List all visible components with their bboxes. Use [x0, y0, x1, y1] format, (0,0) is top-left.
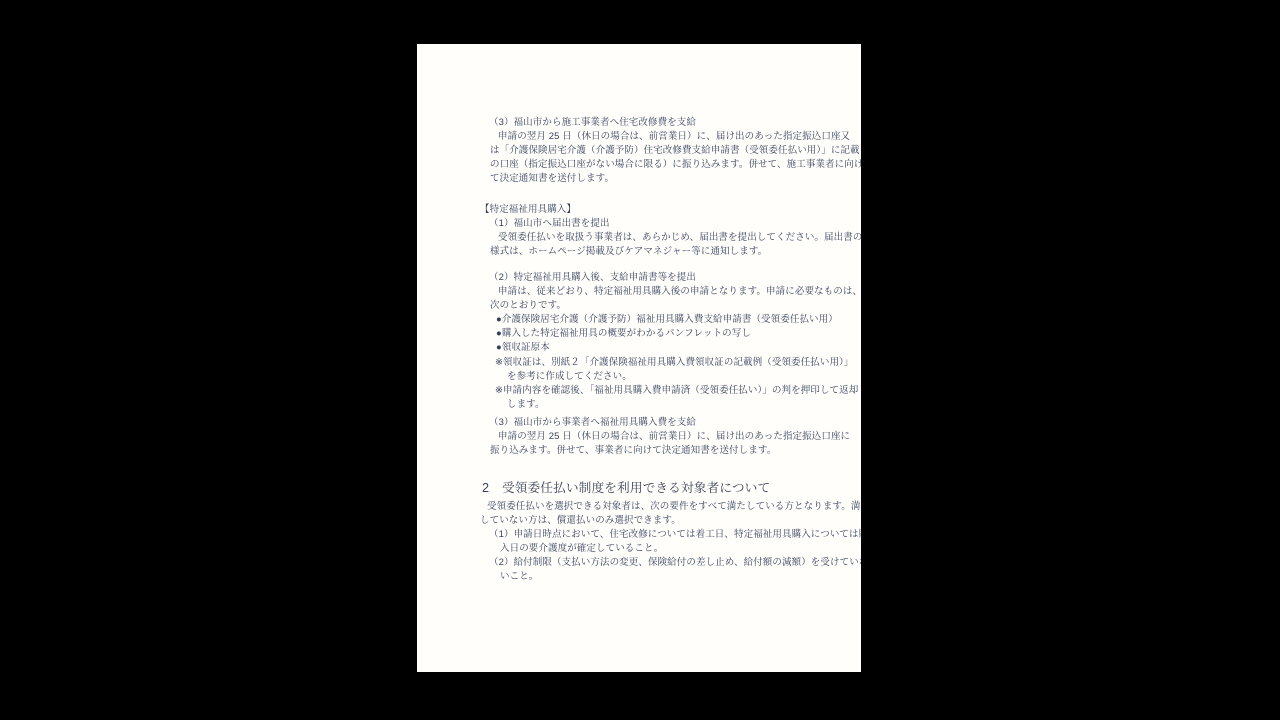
text-line: 申請の翌月 25 日（休日の場合は、前営業日）に、届け出のあった指定振込口座に	[417, 430, 861, 444]
text-line: （2）給付制限（支払い方法の変更、保険給付の差し止め、給付額の減額）を受けていな	[417, 556, 861, 570]
text-line: て決定通知書を送付します。	[417, 172, 861, 186]
text-line: は「介護保険居宅介護（介護予防）住宅改修費支給申請書（受領委任払い用）」に記載	[417, 144, 861, 158]
text-line: ●介護保険居宅介護（介護予防）福祉用具購入費支給申請書（受領委任払い用）	[417, 313, 861, 327]
text-block-housing-grant: （3）福山市から施工事業者へ住宅改修費を支給申請の翌月 25 日（休日の場合は、…	[417, 116, 861, 186]
text-line: 受領委任払いを取扱う事業者は、あらかじめ、届出書を提出してください。届出書の	[417, 231, 861, 245]
text-line: ※申請内容を確認後、「福祉用具購入費申請済（受領委任払い）」の判を押印して返却	[417, 384, 861, 398]
document-page: （3）福山市から施工事業者へ住宅改修費を支給申請の翌月 25 日（休日の場合は、…	[417, 44, 861, 672]
text-block-equipment-grant: （3）福山市から事業者へ福祉用具購入費を支給申請の翌月 25 日（休日の場合は、…	[417, 416, 861, 458]
text-line: を参考に作成してください。	[417, 370, 861, 384]
text-line: （3）福山市から事業者へ福祉用具購入費を支給	[417, 416, 861, 430]
text-line: 2 受領委任払い制度を利用できる対象者について	[417, 479, 861, 497]
text-line: （3）福山市から施工事業者へ住宅改修費を支給	[417, 116, 861, 130]
canvas-background: （3）福山市から施工事業者へ住宅改修費を支給申請の翌月 25 日（休日の場合は、…	[0, 0, 1280, 720]
text-line: していない方は、償還払いのみ選択できます。	[417, 514, 861, 528]
text-line: の口座（指定振込口座がない場合に限る）に振り込みます。併せて、施工事業者に向け	[417, 158, 861, 172]
text-line: ●領収証原本	[417, 341, 861, 355]
text-line: ●購入した特定福祉用具の概要がわかるパンフレットの写し	[417, 327, 861, 341]
text-line: （2）特定福祉用具購入後、支給申請書等を提出	[417, 271, 861, 285]
text-line: 【特定福祉用具購入】	[417, 203, 861, 217]
text-block-section2-body: 受領委任払いを選択できる対象者は、次の要件をすべて満たしている方となります。満た…	[417, 500, 861, 585]
text-line: します。	[417, 398, 861, 412]
text-block-equipment-apply: （2）特定福祉用具購入後、支給申請書等を提出申請は、従来どおり、特定福祉用具購入…	[417, 271, 861, 412]
text-line: 入日の要介護度が確定していること。	[417, 542, 861, 556]
text-block-equipment-section: 【特定福祉用具購入】（1）福山市へ届出書を提出受領委任払いを取扱う事業者は、あら…	[417, 203, 861, 259]
text-block-section2-heading: 2 受領委任払い制度を利用できる対象者について	[417, 479, 861, 497]
text-line: 次のとおりです。	[417, 299, 861, 313]
text-line: 振り込みます。併せて、事業者に向けて決定通知書を送付します。	[417, 444, 861, 458]
text-line: （1）申請日時点において、住宅改修については着工日、特定福祉用具購入については購	[417, 528, 861, 542]
text-line: 受領委任払いを選択できる対象者は、次の要件をすべて満たしている方となります。満た	[417, 500, 861, 514]
text-line: 様式は、ホームページ掲載及びケアマネジャー等に通知します。	[417, 245, 861, 259]
text-line: ※領収証は、別紙２「介護保険福祉用具購入費領収証の記載例（受領委任払い用）」	[417, 356, 861, 370]
text-line: いこと。	[417, 570, 861, 584]
text-line: 申請は、従来どおり、特定福祉用具購入後の申請となります。申請に必要なものは、	[417, 285, 861, 299]
text-line: （1）福山市へ届出書を提出	[417, 217, 861, 231]
text-line: 申請の翌月 25 日（休日の場合は、前営業日）に、届け出のあった指定振込口座又	[417, 130, 861, 144]
